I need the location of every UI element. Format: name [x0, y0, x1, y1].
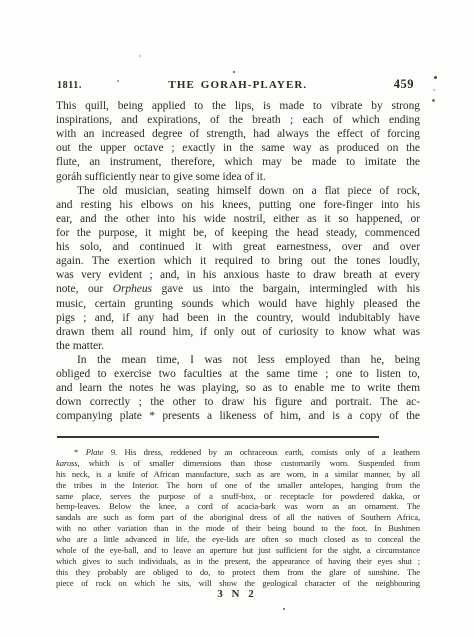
page-title: THE GORAH-PLAYER. — [168, 79, 307, 91]
text-line: In the mean time, I was not less employe… — [56, 353, 420, 367]
text-line: for the purpose, it might be, of keeping… — [56, 226, 420, 240]
text-line: with no other variation than in the mode… — [56, 523, 420, 534]
text-line: sandals are such as form part of the abo… — [56, 512, 420, 523]
text-line: his neck, is a knife of African manufact… — [56, 469, 420, 480]
text-line: * Plate 9. His dress, reddened by an och… — [56, 447, 420, 458]
text-line: the tribes in the Interior. The horn of … — [56, 480, 420, 491]
text-line: same place, serves the purpose of a snuf… — [56, 491, 420, 502]
scan-speck — [283, 608, 285, 610]
scan-speck — [233, 71, 235, 73]
text-line: this they probably are obliged to do, to… — [56, 567, 420, 578]
paragraph-3: In the mean time, I was not less employe… — [56, 353, 420, 424]
scan-speck — [117, 80, 119, 82]
text-line: companying plate * presents a likeness o… — [56, 409, 420, 423]
header-year: 1811. — [57, 80, 82, 91]
text-line: with an increased degree of strength, ha… — [56, 127, 420, 141]
text-line: flute, an instrument, therefore, which m… — [56, 155, 420, 169]
text-line: hemp-leaves. Below the knee, a cord of a… — [56, 501, 420, 512]
text-line: pigs ; and, if any had been in the count… — [56, 311, 420, 325]
running-head: 1811. THE GORAH-PLAYER. 459 — [57, 77, 414, 92]
text-line: This quill, being applied to the lips, i… — [56, 99, 420, 113]
paragraph-1: This quill, being applied to the lips, i… — [56, 99, 420, 184]
text-line: his solo, and continued it with great ea… — [56, 240, 420, 254]
text-line: piece of rock on which he sits, will sho… — [56, 578, 420, 589]
book-page: 1811. THE GORAH-PLAYER. 459 This quill, … — [0, 0, 474, 637]
text-line: obliged to exercise two faculties at the… — [56, 367, 420, 381]
text-line: music, certain grunting sounds which wou… — [56, 297, 420, 311]
text-line: and learn the notes he was playing, so a… — [56, 381, 420, 395]
text-line: was very evident ; and, in his anxious h… — [56, 268, 420, 282]
text-line: again. The exertion which it required to… — [56, 254, 420, 268]
main-text-block: This quill, being applied to the lips, i… — [56, 99, 420, 424]
text-line: inspirations, and expirations, of the br… — [56, 113, 420, 127]
text-line: ear, and the other into his wide nostril… — [56, 212, 420, 226]
text-line: whole of the eye-ball, and to leave an a… — [56, 545, 420, 556]
text-line: who are a little advanced in life, the e… — [56, 534, 420, 545]
text-line: drawn them all round him, if only out of… — [56, 325, 420, 339]
text-line: note, our Orpheus gave us into the barga… — [56, 282, 420, 296]
page-number: 459 — [394, 77, 414, 92]
text-line: goráh sufficiently near to give some ide… — [56, 170, 420, 184]
text-line: and resting his elbows on his knees, put… — [56, 198, 420, 212]
text-line: the matter. — [56, 339, 420, 353]
signature-mark: 3 N 2 — [0, 588, 474, 600]
text-line: kaross, which is of smaller dimensions t… — [56, 458, 420, 469]
scan-speck — [432, 99, 435, 102]
text-line: down correctly ; the other to draw his f… — [56, 395, 420, 409]
paragraph-2: The old musician, seating himself down o… — [56, 184, 420, 353]
text-line: out the upper octave ; exactly in the sa… — [56, 141, 420, 155]
scan-speck — [433, 89, 435, 91]
footnote-separator-rule — [57, 436, 379, 438]
scan-speck — [139, 55, 141, 57]
scan-speck — [434, 76, 437, 79]
text-line: The old musician, seating himself down o… — [56, 184, 420, 198]
footnote-block: * Plate 9. His dress, reddened by an och… — [56, 447, 420, 589]
text-line: which gives to such individuals, as in t… — [56, 556, 420, 567]
